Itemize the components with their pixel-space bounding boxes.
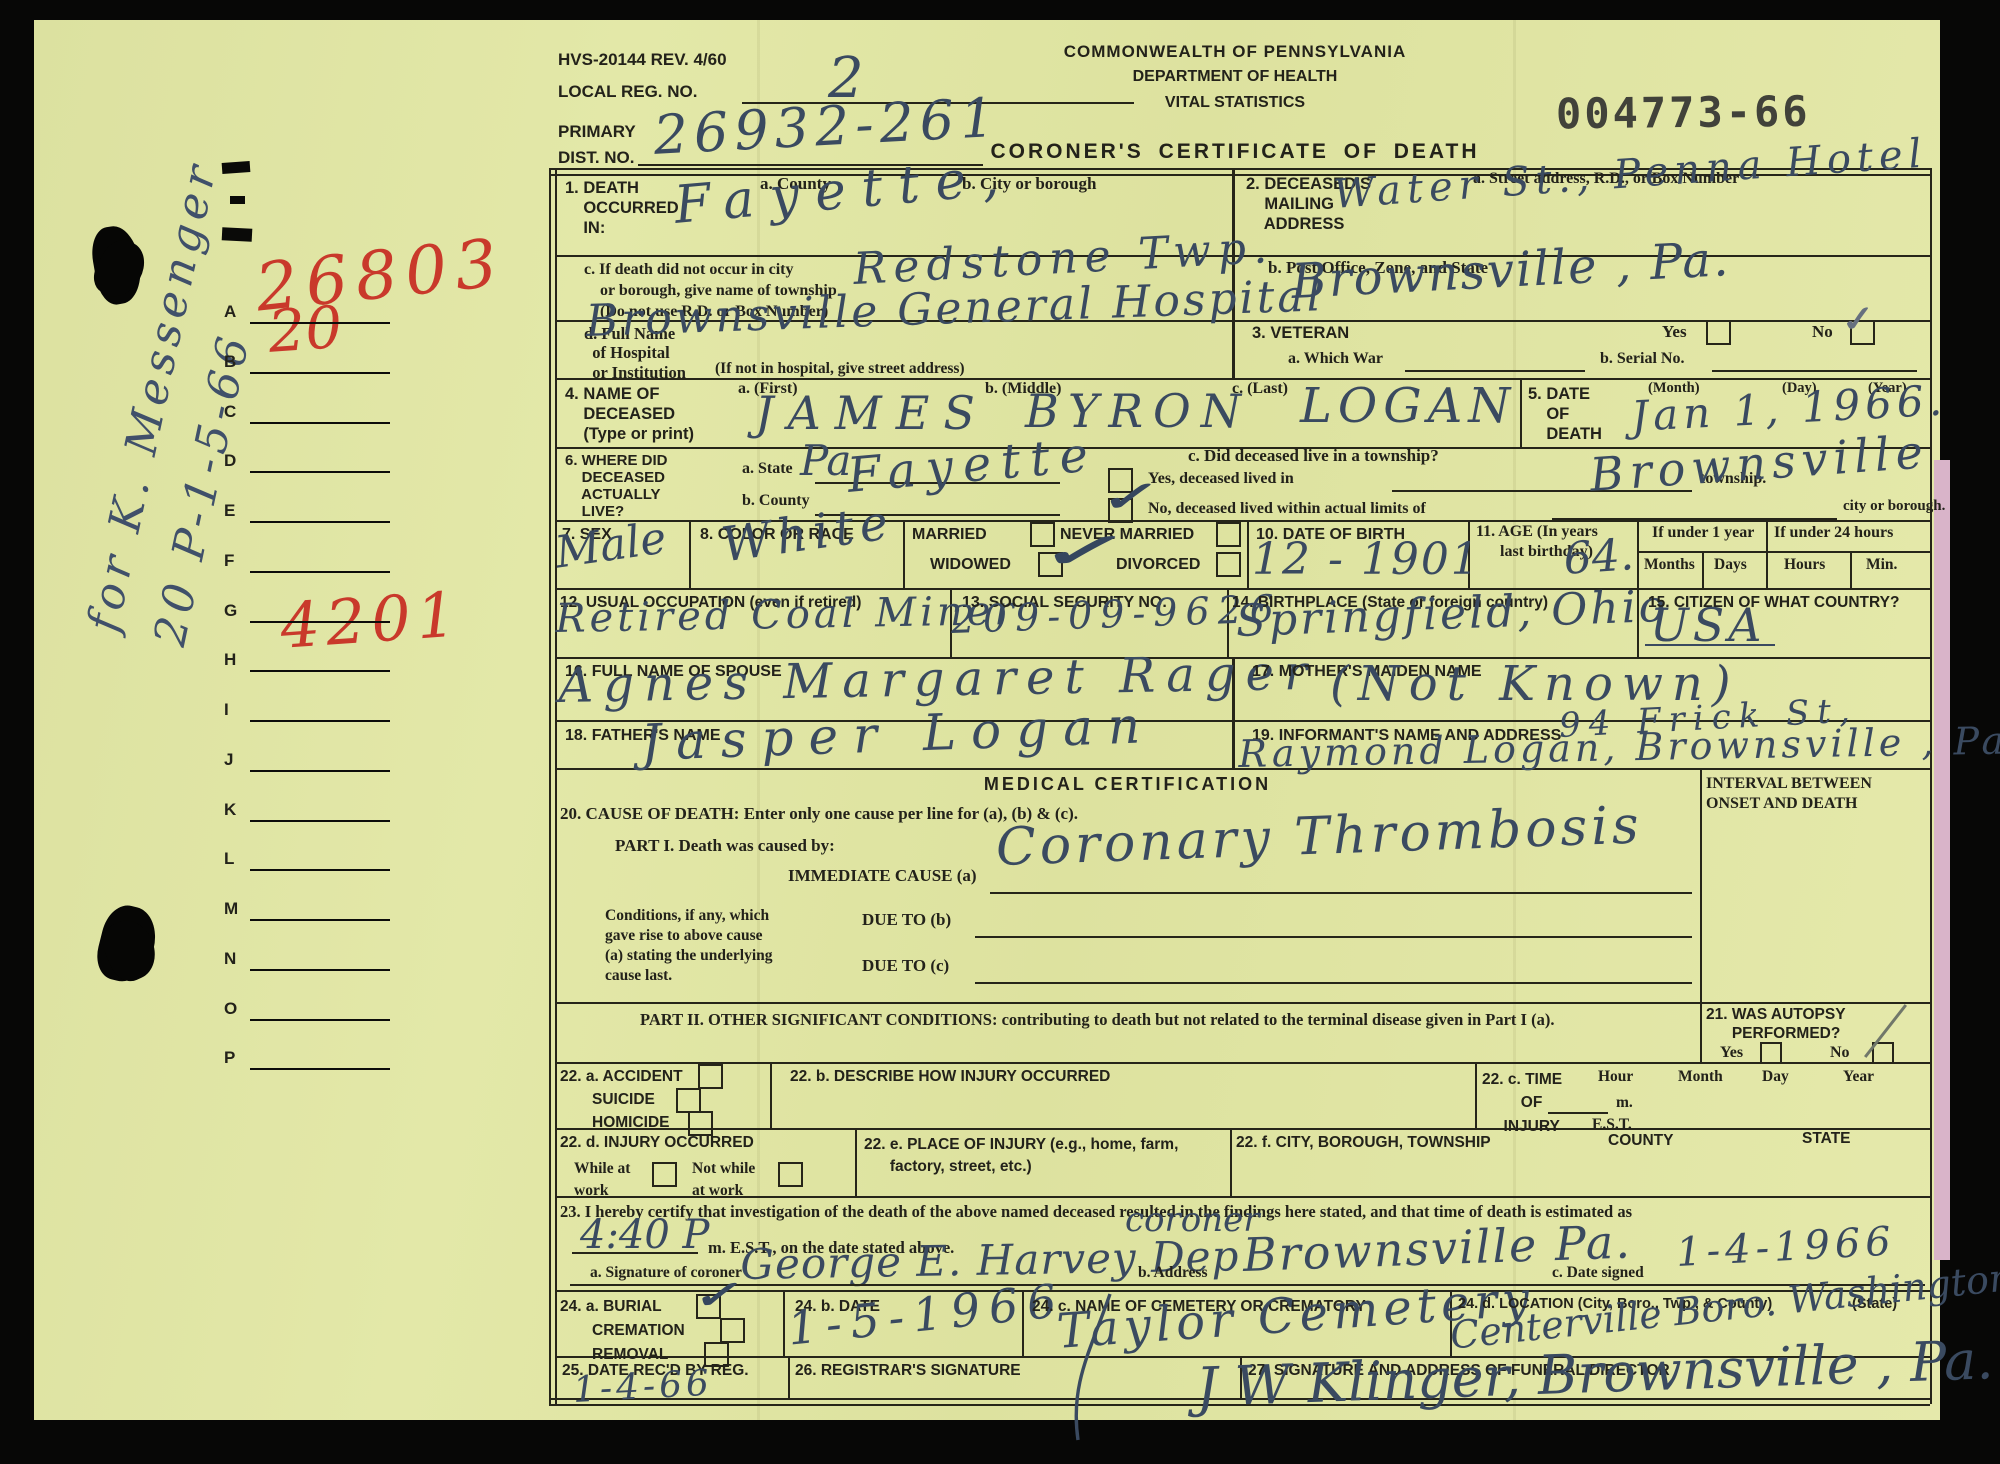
medical-certification-heading: MEDICAL CERTIFICATION <box>555 774 1700 795</box>
grid-line <box>783 1290 785 1356</box>
grid-line <box>788 1356 790 1398</box>
margin-red-number-2: 20 <box>266 293 344 366</box>
vital-statistics-heading: VITAL STATISTICS <box>985 94 1485 112</box>
certificate-number-stamp: 004773-66 <box>1556 87 1811 139</box>
margin-line <box>250 471 390 473</box>
scanned-death-certificate: for K. Messenger 20 P-1-5-66 26803 20 42… <box>0 0 2000 1464</box>
grid-line <box>1850 551 1852 588</box>
injury-day-label: Day <box>1762 1068 1789 1086</box>
form-number: HVS-20144 REV. 4/60 <box>558 50 727 70</box>
married-label: MARRIED <box>912 526 987 544</box>
widowed-label: WIDOWED <box>930 556 1011 574</box>
homicide-checkbox <box>688 1111 713 1136</box>
field-city-borough-label: b. City or borough <box>962 174 1096 194</box>
divorced-label: DIVORCED <box>1116 556 1200 574</box>
margin-letter: K <box>224 800 236 820</box>
margin-letter: E <box>224 501 235 521</box>
margin-letter: F <box>224 551 234 571</box>
never-married-checkbox <box>1216 522 1241 547</box>
grid-line <box>555 1002 1930 1004</box>
margin-letter: B <box>224 352 236 372</box>
registrar-signature-label: 26. REGISTRAR'S SIGNATURE <box>795 1362 1021 1380</box>
days-label: Days <box>1714 556 1747 574</box>
part2-label: PART II. OTHER SIGNIFICANT CONDITIONS: c… <box>640 1010 1554 1030</box>
autopsy-no-label: No <box>1830 1044 1850 1062</box>
divorced-checkbox <box>1216 552 1241 577</box>
conditions-note-label: Conditions, if any, which gave rise to a… <box>605 906 773 987</box>
grid-line <box>1520 378 1522 447</box>
injury-occurred-label: 22. d. INJURY OCCURRED <box>560 1134 754 1152</box>
immediate-cause-line <box>990 892 1692 894</box>
margin-line <box>250 621 390 623</box>
coroner-address-label: b. Address <box>1138 1264 1208 1282</box>
injury-month-label: Month <box>1678 1068 1723 1086</box>
injury-m-label: m. <box>1616 1094 1633 1112</box>
margin-letter: O <box>224 999 237 1019</box>
first-name-value: JAMES <box>755 386 989 440</box>
injury-year-label: Year <box>1843 1068 1874 1086</box>
margin-line <box>250 869 390 871</box>
veteran-no-label: No <box>1812 322 1833 342</box>
suicide-label: SUICIDE <box>592 1091 655 1109</box>
min-label: Min. <box>1866 556 1897 574</box>
grid-line <box>1700 768 1702 1062</box>
autopsy-yes-label: Yes <box>1720 1044 1743 1062</box>
injury-hour-label: Hour <box>1598 1068 1633 1086</box>
grid-line <box>1702 551 1704 588</box>
autopsy-yes-checkbox <box>1760 1042 1782 1064</box>
grid-line <box>1766 520 1768 588</box>
grid-line <box>555 1062 1930 1064</box>
margin-line <box>250 422 390 424</box>
field-hospital-note: (If not in hospital, give street address… <box>715 360 965 378</box>
injury-city-label: 22. f. CITY, BOROUGH, TOWNSHIP <box>1236 1134 1491 1152</box>
margin-line <box>250 1068 390 1070</box>
burial-checkmark: ✓ <box>687 1273 742 1318</box>
due-to-b-label: DUE TO (b) <box>862 910 951 930</box>
field-autopsy-label: 21. WAS AUTOPSY PERFORMED? <box>1706 1006 1846 1044</box>
margin-line <box>250 770 390 772</box>
grid-line <box>903 520 905 588</box>
serial-no-line <box>1712 370 1917 372</box>
grid-line <box>1247 520 1249 588</box>
accident-label: 22. a. ACCIDENT <box>560 1068 683 1086</box>
describe-injury-label: 22. b. DESCRIBE HOW INJURY OCCURRED <box>790 1068 1110 1086</box>
veteran-yes-checkbox <box>1706 320 1731 345</box>
age-value: 64. <box>1562 529 1635 585</box>
citizen-underline-stroke <box>1645 644 1775 646</box>
margin-line <box>250 1019 390 1021</box>
city-borough-suffix-label: city or borough. <box>1843 498 1945 515</box>
grid-line <box>555 1128 1930 1130</box>
date-signed-label: c. Date signed <box>1552 1264 1644 1282</box>
margin-letter: N <box>224 949 236 969</box>
field-residence-label: 6. WHERE DID DECEASED ACTUALLY LIVE? <box>565 452 668 520</box>
township-no-label: No, deceased lived within actual limits … <box>1148 500 1426 518</box>
place-of-injury-label: 22. e. PLACE OF INJURY (e.g., home, farm… <box>864 1134 1178 1177</box>
margin-letter: I <box>224 700 229 720</box>
field-death-occurred-label: 1. DEATH OCCURRED IN: <box>565 178 679 238</box>
grid-line <box>689 520 691 588</box>
not-while-at-work-label: Not while at work <box>692 1158 755 1201</box>
injury-state-label: STATE <box>1802 1130 1851 1148</box>
months-label: Months <box>1644 556 1695 574</box>
due-to-b-line <box>975 936 1692 938</box>
lived-in-township-label: c. Did deceased live in a township? <box>1188 446 1439 466</box>
margin-line <box>250 720 390 722</box>
burial-label: 24. a. BURIAL <box>560 1298 662 1316</box>
interval-onset-death-label: INTERVAL BETWEEN ONSET AND DEATH <box>1706 774 1872 813</box>
immediate-cause-label: IMMEDIATE CAUSE (a) <box>788 866 977 886</box>
under-24-hours-label: If under 24 hours <box>1774 524 1893 542</box>
serial-no-label: b. Serial No. <box>1600 350 1684 368</box>
time-of-injury-label: 22. c. TIME OF INJURY <box>1482 1068 1562 1138</box>
margin-letter: D <box>224 451 236 471</box>
certificate-title: CORONER'S CERTIFICATE OF DEATH <box>985 140 1485 164</box>
injury-time-line <box>1548 1112 1608 1114</box>
primary-label: PRIMARY <box>558 122 636 142</box>
grid-line <box>555 1196 1930 1198</box>
margin-letter: L <box>224 849 234 869</box>
paper-edge-underlay <box>1934 460 1950 1260</box>
grid-line <box>855 1128 857 1196</box>
grid-line <box>549 168 551 1404</box>
while-at-work-checkbox <box>652 1162 677 1187</box>
margin-letter: M <box>224 899 238 919</box>
field-veteran-label: 3. VETERAN <box>1252 324 1349 343</box>
grid-line <box>770 1062 772 1128</box>
while-at-work-label: While at work <box>574 1158 630 1201</box>
grid-line <box>1930 168 1932 1404</box>
margin-line <box>250 521 390 523</box>
margin-letter: A <box>224 302 236 322</box>
field-name-of-deceased-label: 4. NAME OF DECEASED (Type or print) <box>565 384 694 444</box>
date-received-value: 1-4-66 <box>572 1363 714 1411</box>
township-no-line <box>1552 518 1837 520</box>
hours-label: Hours <box>1784 556 1825 574</box>
grid-line <box>1475 1062 1477 1128</box>
accident-checkbox <box>698 1064 723 1089</box>
occupation-value: Retired Coal Miner <box>555 588 1018 642</box>
cremation-checkbox <box>720 1318 745 1343</box>
department-heading: DEPARTMENT OF HEALTH <box>985 68 1485 86</box>
injury-county-label: COUNTY <box>1608 1132 1673 1150</box>
due-to-c-line <box>975 982 1692 984</box>
homicide-label: HOMICIDE <box>592 1114 670 1132</box>
margin-line <box>250 919 390 921</box>
which-war-line <box>1405 370 1585 372</box>
margin-letter: J <box>224 750 233 770</box>
margin-line <box>250 670 390 672</box>
margin-letter: P <box>224 1048 235 1068</box>
grid-line <box>1637 551 1930 553</box>
due-to-c-label: DUE TO (c) <box>862 956 949 976</box>
registrar-signature-stroke <box>1048 1292 1128 1442</box>
margin-line <box>250 322 390 324</box>
margin-letter: H <box>224 650 236 670</box>
last-name-label: c. (Last) <box>1232 380 1288 398</box>
which-war-label: a. Which War <box>1288 350 1383 368</box>
dist-no-label: DIST. NO. <box>558 148 635 168</box>
veteran-yes-label: Yes <box>1662 322 1687 342</box>
residence-state-label: a. State <box>742 460 793 478</box>
commonwealth-heading: COMMONWEALTH OF PENNSYLVANIA <box>985 42 1485 62</box>
margin-line <box>250 820 390 822</box>
under-1-year-label: If under 1 year <box>1652 524 1754 542</box>
part1-label: PART I. Death was caused by: <box>615 836 835 856</box>
not-while-at-work-checkbox <box>778 1162 803 1187</box>
margin-letter: G <box>224 601 237 621</box>
cremation-label: CREMATION <box>592 1322 685 1340</box>
township-yes-label: Yes, deceased lived in <box>1148 470 1294 488</box>
field-date-of-death-label: 5. DATE OF DEATH <box>1528 384 1602 444</box>
suicide-checkbox <box>676 1088 701 1113</box>
margin-letter: C <box>224 402 236 422</box>
margin-line <box>250 372 390 374</box>
margin-line <box>250 571 390 573</box>
widowed-checkmark: ✓ <box>1028 524 1125 579</box>
date-of-birth-value: 12 - 1901 <box>1252 534 1481 585</box>
grid-line <box>1230 1128 1232 1196</box>
time-of-death-line <box>572 1252 698 1254</box>
last-name-value: LOGAN <box>1300 378 1516 434</box>
local-reg-label: LOCAL REG. NO. <box>558 82 697 102</box>
margin-line <box>250 969 390 971</box>
